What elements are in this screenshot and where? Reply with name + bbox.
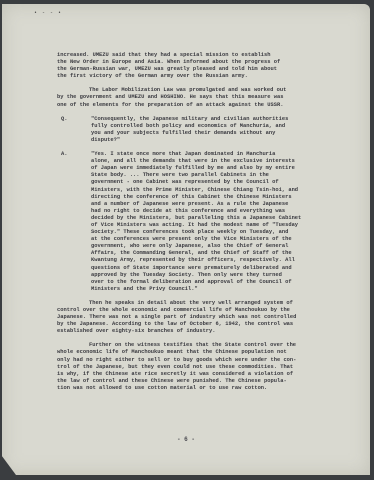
paragraph-state-control: Further on the witness testifies that th…: [57, 342, 327, 392]
answer-block: A. "Yes. I state once more that Japan do…: [57, 151, 327, 293]
paragraph-economic-control: Then he speaks in detail about the very …: [57, 300, 327, 335]
corner-mark: • - - •: [34, 10, 62, 16]
answer-label: A.: [61, 151, 89, 293]
question-text: "Consequently, the Japanese military and…: [91, 116, 327, 144]
paragraph-continuation: increased. UMEZU said that they had a sp…: [57, 52, 327, 80]
document-body: increased. UMEZU said that they had a sp…: [57, 52, 327, 399]
question-block: Q. "Consequently, the Japanese military …: [57, 116, 327, 144]
document-page: • - - • increased. UMEZU said that they …: [2, 4, 370, 475]
paragraph-labor-law: The Labor Mobilization Law was promulgat…: [57, 87, 327, 108]
answer-text: "Yes. I state once more that Japan domin…: [91, 151, 327, 293]
question-label: Q.: [61, 116, 89, 144]
page-number: - 6 -: [2, 436, 370, 443]
